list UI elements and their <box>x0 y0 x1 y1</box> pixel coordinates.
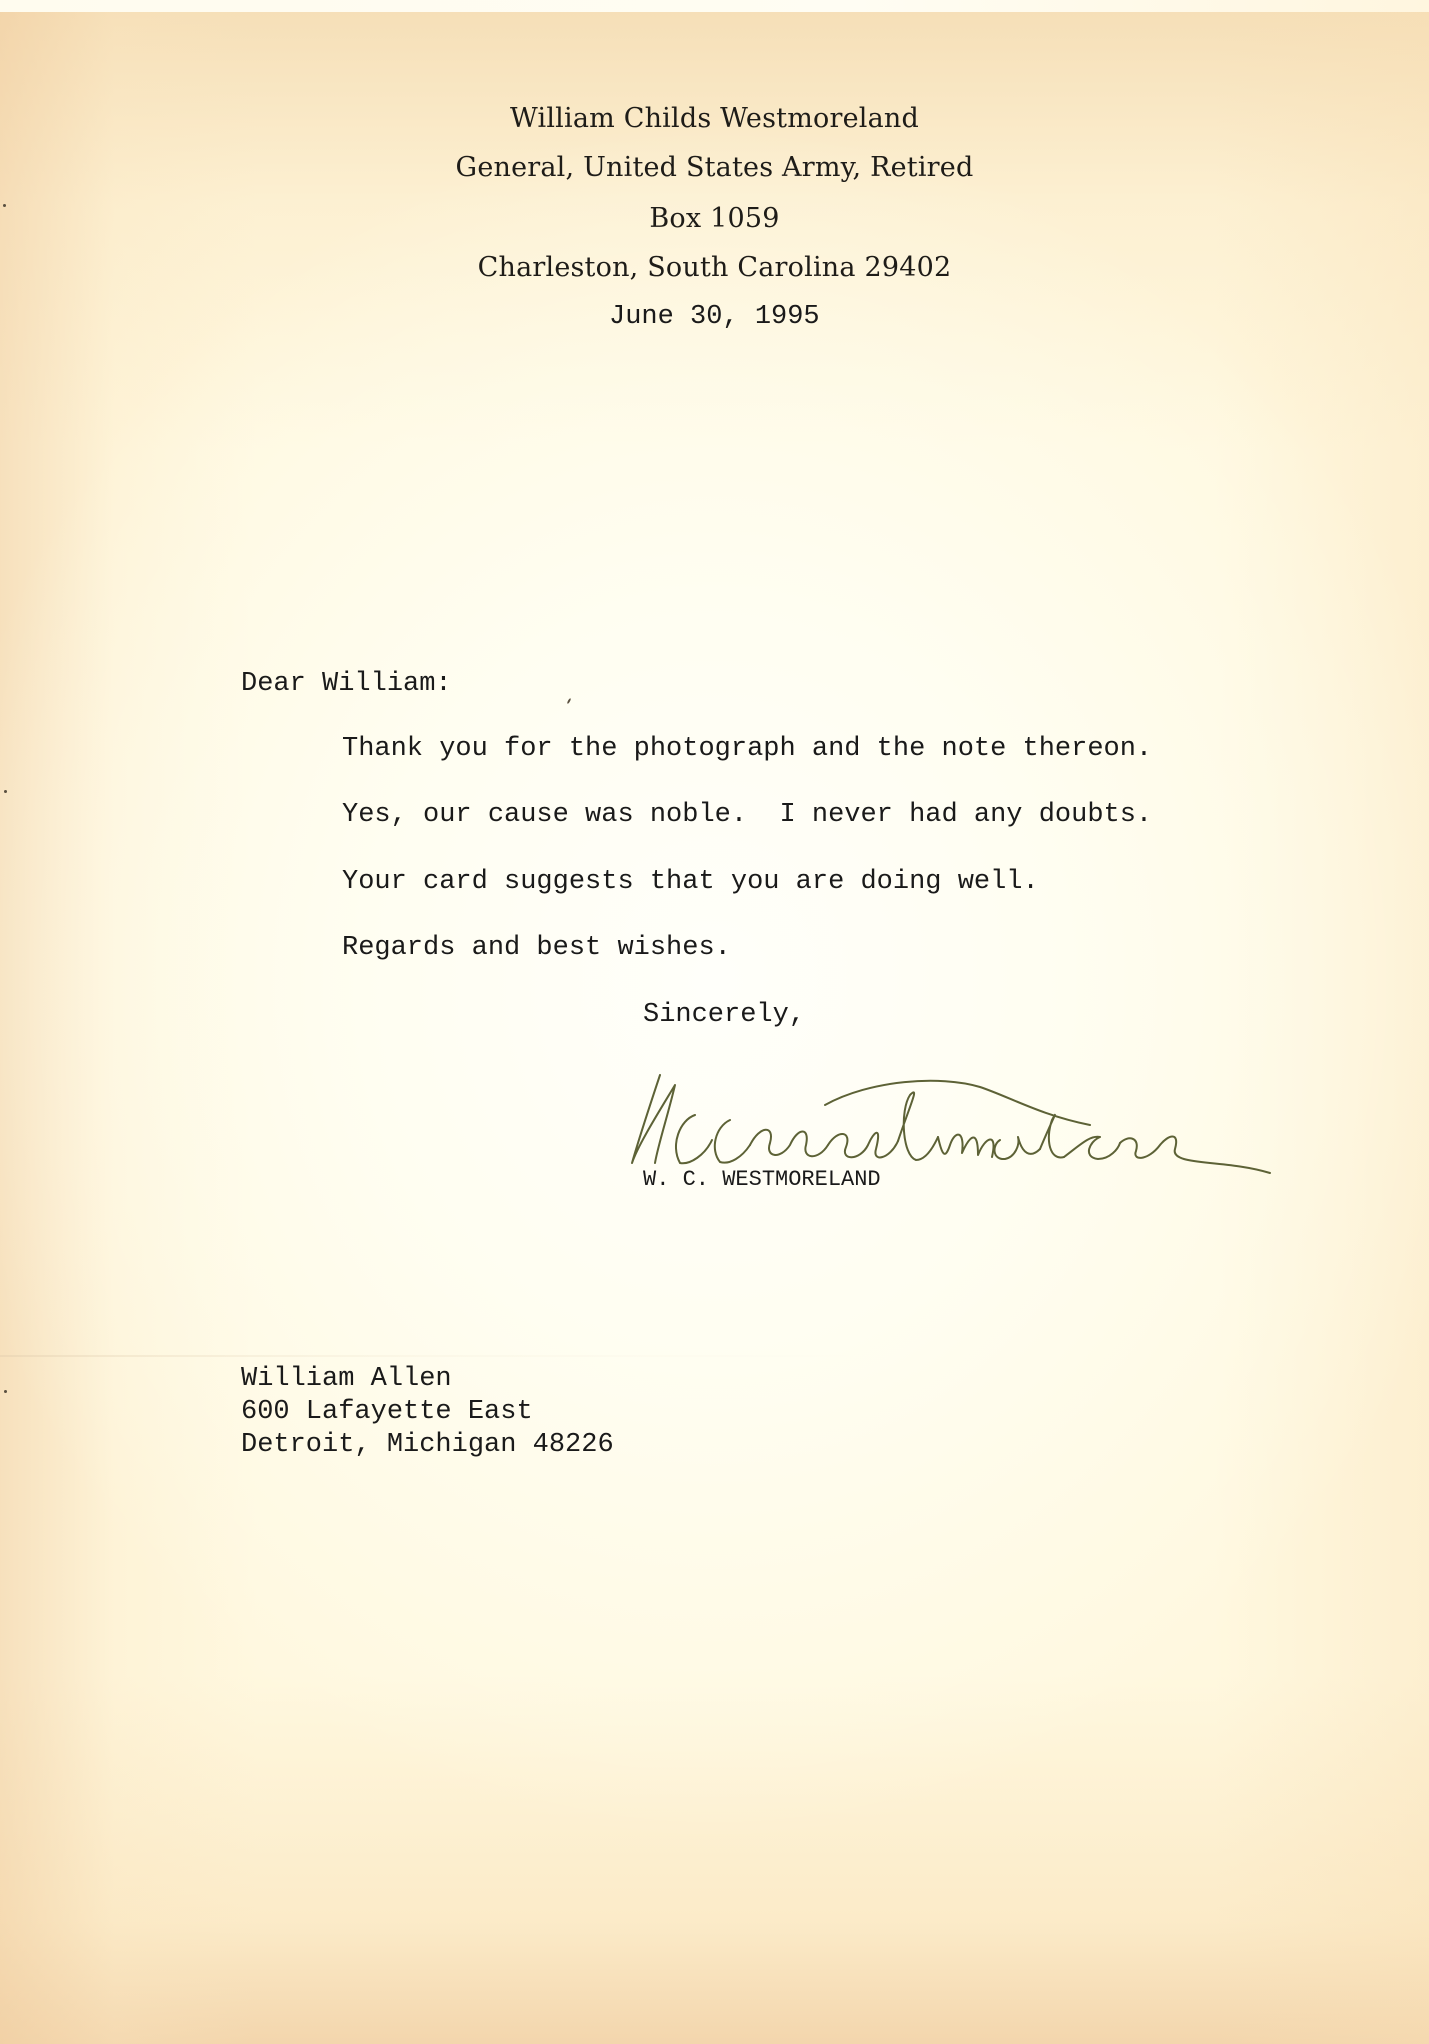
letterhead-box: Box 1059 <box>0 203 1429 234</box>
body-line: Yes, our cause was noble. I never had an… <box>342 800 1152 830</box>
paper-speck <box>4 790 7 793</box>
recipient-name: William Allen <box>241 1364 452 1394</box>
paper-speck <box>4 1390 7 1393</box>
letter-date: June 30, 1995 <box>609 302 820 332</box>
typed-signature-name: W. C. WESTMORELAND <box>643 1167 881 1192</box>
body-line: Your card suggests that you are doing we… <box>342 867 1039 897</box>
paper-speck <box>3 204 6 207</box>
recipient-street: 600 Lafayette East <box>241 1397 533 1427</box>
paper-fold-line <box>0 1355 1429 1357</box>
salutation: Dear William: <box>241 669 452 699</box>
letterhead-name: William Childs Westmoreland <box>0 103 1429 134</box>
closing: Sincerely, <box>643 1000 805 1030</box>
paper-top-edge <box>0 0 1429 12</box>
letterhead-title: General, United States Army, Retired <box>0 152 1429 183</box>
body-line: Thank you for the photograph and the not… <box>342 734 1152 764</box>
body-line: Regards and best wishes. <box>342 933 731 963</box>
letterhead-city: Charleston, South Carolina 29402 <box>0 252 1429 283</box>
recipient-city: Detroit, Michigan 48226 <box>241 1430 614 1460</box>
handwritten-signature <box>620 1065 1280 1175</box>
